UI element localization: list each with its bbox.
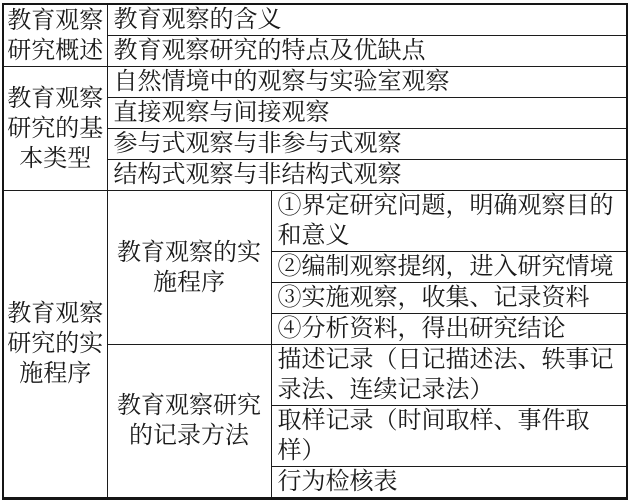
observation-research-outline-table: 教育观察研究概述 教育观察的含义 教育观察研究的特点及优缺点 教育观察研究的基本… <box>2 3 628 500</box>
subgroup-label-procedure-steps: 教育观察的实施程序 <box>107 191 271 345</box>
table-row: 教育观察研究的基本类型 自然情境中的观察与实验室观察 <box>3 67 627 98</box>
item-cell-step-2: ②编制观察提纲，进入研究情境 <box>271 252 627 283</box>
item-cell-step-1: ①界定研究问题，明确观察目的和意义 <box>271 191 627 252</box>
item-cell-type-participant: 参与式观察与非参与式观察 <box>107 129 627 160</box>
group-label-basic-types: 教育观察研究的基本类型 <box>3 67 107 191</box>
table-row: 教育观察研究的实施程序 教育观察的实施程序 ①界定研究问题，明确观察目的和意义 <box>3 191 627 252</box>
item-cell-step-4: ④分析资料，得出研究结论 <box>271 314 627 345</box>
group-label-overview: 教育观察研究概述 <box>3 4 107 67</box>
item-cell-record-sampling: 取样记录（时间取样、事件取样） <box>271 406 627 467</box>
item-cell-record-descriptive: 描述记录（日记描述法、轶事记录法、连续记录法） <box>271 345 627 406</box>
item-cell-overview-meaning: 教育观察的含义 <box>107 4 627 36</box>
group-label-procedure: 教育观察研究的实施程序 <box>3 191 107 499</box>
item-cell-type-natural-lab: 自然情境中的观察与实验室观察 <box>107 67 627 98</box>
item-cell-type-direct-indirect: 直接观察与间接观察 <box>107 98 627 129</box>
item-cell-type-structured: 结构式观察与非结构式观察 <box>107 160 627 191</box>
subgroup-label-recording-methods: 教育观察研究的记录方法 <box>107 345 271 499</box>
item-cell-step-3: ③实施观察，收集、记录资料 <box>271 283 627 314</box>
table-row: 教育观察研究概述 教育观察的含义 <box>3 4 627 36</box>
item-cell-record-checklist: 行为检核表 <box>271 467 627 499</box>
item-cell-overview-features: 教育观察研究的特点及优缺点 <box>107 36 627 67</box>
